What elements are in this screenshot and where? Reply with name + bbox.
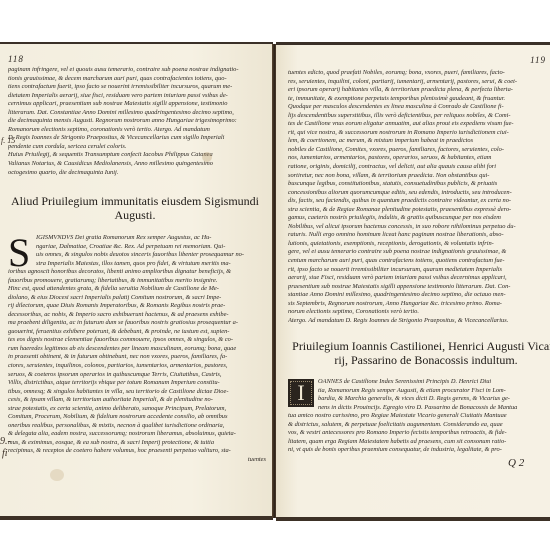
text-line: pendente cum cordula, sericea cerulei co… xyxy=(8,143,266,152)
margin-note: f. 15 xyxy=(1,136,15,145)
right-page: 119 tuentes edicto, quod praefati Nobile… xyxy=(276,42,550,521)
text-line: ni, vt quis de bonis operibus praemium c… xyxy=(288,446,550,455)
text-line: & delegata alia, eadem nostra, successor… xyxy=(8,430,266,439)
text-line: Romanorum electionis septimo, coronation… xyxy=(8,126,266,135)
text-line: raturis. Nulli ergo omnino hominum licea… xyxy=(288,231,550,240)
text-line: Valianus Notarius, & Causidicus Mediolan… xyxy=(8,160,266,169)
text-line: decessoribus, ac nobis, & Imperio sacro … xyxy=(8,311,266,320)
text-line: tua amico nostro carissimo, pro Regiae M… xyxy=(288,412,550,421)
text-line: cernimus applicari, praesentium sub nost… xyxy=(8,100,266,109)
text-line: sis Septembris, Regnorum nostrorum, Anno… xyxy=(288,300,550,309)
signature-mark: Q 2 xyxy=(508,457,524,469)
text-line: & districtus, salutem, & perpetuae foeli… xyxy=(288,421,550,430)
text-line: seruos, & coeteros ipsorum operarios in … xyxy=(8,371,266,380)
text-line: tia, Romanorum Regis semper Augusti, & e… xyxy=(318,387,550,396)
text-line: ma praebent diligentia, ac in futurum du… xyxy=(8,319,266,328)
text-line: OANNES de Castilione Index Serenissimi P… xyxy=(318,378,550,387)
text-line: fauoribus promouere, gratiarumq; liberta… xyxy=(8,277,266,286)
text-line: eri ipsorum operarij habitantes villa, &… xyxy=(288,86,550,95)
text-line: lem, & coertionem, ac merum, & mixtum im… xyxy=(288,137,550,146)
text-line: stra Imperialis Maiestas, illos tamen, q… xyxy=(36,260,266,269)
text-line: vos, & vestri antecessores pro Romano Im… xyxy=(288,429,550,438)
text-line: aerarij, siue Fisci, residuam verò parte… xyxy=(288,274,550,283)
text-line: Nobilibus, vel alicui ipsorum hactenus c… xyxy=(288,223,550,232)
left-page: 118 paginam infringere, vel ei quouis au… xyxy=(0,42,273,520)
text-line: lutionis, quietationis, exemptionis, rec… xyxy=(288,240,550,249)
text-line: strae potestatis, ex certa scientia, ani… xyxy=(8,405,266,414)
text-line: ratione, originis, domicilij, contractus… xyxy=(288,163,550,172)
text-line: cesis, & ipsam villam, & territorium aut… xyxy=(8,396,266,405)
right-section-heading: Priuilegium Ioannis Castilionei, Henrici… xyxy=(286,339,550,367)
text-line: diolano, & eius Diocesi sacri Imperialis… xyxy=(8,294,266,303)
text-line: ioribus agnoscit honoribus decoratos, li… xyxy=(8,268,266,277)
text-line: die decimaquinta mensis Augusti. Regnoru… xyxy=(8,117,266,126)
text-line: dis, factis, seu faciendis, quibus in qu… xyxy=(288,197,550,206)
text-line: tionis grauissimae, & decem marcharum au… xyxy=(8,75,266,84)
drop-cap-i-ornamental: I xyxy=(288,379,314,407)
margin-note: 9.- xyxy=(0,436,11,447)
text-line: rij dilectorum, quae Diuis Romanis Imper… xyxy=(8,302,266,311)
text-line: norum electionis septimo, Coronationis v… xyxy=(288,308,550,317)
text-line: stra scientia, & de Regiae Romanae pleni… xyxy=(288,206,550,215)
text-line: lijs descendentibus superstitibus, illis… xyxy=(288,112,550,121)
text-line: sortiretur, nec non bona, villam, & terr… xyxy=(288,172,550,181)
left-page-number: 118 xyxy=(8,54,24,64)
text-line: ngariae, Dalmatiae, Croatiae &c. Rex. Ad… xyxy=(36,243,266,252)
text-line: centum marcharum auri puri, quas contraf… xyxy=(288,257,550,266)
text-line: rit, qui vice nostra, & successorum nost… xyxy=(288,129,550,138)
text-line: Quodque per masculos descendentes ex lin… xyxy=(288,103,550,112)
text-line: D. Regis Ioannes de Strigonio Praepositu… xyxy=(8,134,266,143)
text-line: paginam infringere, vel ei quouis ausu t… xyxy=(8,66,266,75)
text-line: guouerint, feruentius exhibere poterunt,… xyxy=(8,328,266,337)
text-line: Comitum, Procerum, Nobilium, & fidelium … xyxy=(8,413,266,422)
text-line: octogesimo quarto, die decimaquinta Iuni… xyxy=(8,169,266,178)
heading-line: Augusti. xyxy=(4,208,266,222)
text-line: litatem, quam erga Regiam Maiestatem hab… xyxy=(288,438,550,447)
text-line: recipimus, & receptos de coetero habere … xyxy=(8,447,266,456)
text-line: ctores, seruientes, inquilinos, colonos,… xyxy=(8,362,266,371)
margin-note: fi xyxy=(2,448,8,459)
left-section-heading: Aliud Priuilegium immunitatis eiusdem Si… xyxy=(4,194,266,222)
text-line: res, seruientes, inquilini, coloni, part… xyxy=(288,78,550,87)
paper-stain xyxy=(50,469,64,481)
text-line: stantiae Anno Domini millesimo, quadring… xyxy=(288,291,550,300)
text-line: litterarum. Dat. Constantiae Anno Domini… xyxy=(8,109,266,118)
text-line: te, immunitate, & exemptione perpetuis t… xyxy=(288,95,550,104)
left-page-text-dropcap: IGISMVNDVS Dei gratia Romanorum Rex semp… xyxy=(36,234,266,268)
text-line: dietatem Imperialis aerarij, siue fisci,… xyxy=(8,92,266,101)
text-line: IGISMVNDVS Dei gratia Romanorum Rex semp… xyxy=(36,234,266,243)
drop-cap-s: S xyxy=(8,234,30,272)
text-line: tibus, omnesq; & singulos habitantes in … xyxy=(8,388,266,397)
text-line: bardia, & Marchia generalis, & vices dic… xyxy=(318,395,550,404)
catchword: tuentes xyxy=(8,456,266,465)
text-line: rit, ipso facto se nouerit irremissibili… xyxy=(288,266,550,275)
paper-stain xyxy=(202,152,212,162)
right-page-text-dropcap: OANNES de Castilione Index Serenissimi P… xyxy=(318,378,550,412)
text-line: Hinc est, quod attendentes grata, & fide… xyxy=(8,285,266,294)
text-line: nens in dictis Prouincijs. Egregio viro … xyxy=(318,404,550,413)
text-line: Huius Priuilegij, & sequentis Transumptu… xyxy=(8,151,266,160)
text-line: nobiles de Castilione, Comites, vxores, … xyxy=(288,146,550,155)
heading-line: Priuilegium Ioannis Castilionei, Henrici… xyxy=(286,339,550,353)
text-line: Atergo. Ad mandatum D. Regis Ioannes de … xyxy=(288,317,550,326)
text-line: mus, & eximimus, eosque, & ea sub nostra… xyxy=(8,439,266,448)
right-page-text-body: tua amico nostro carissimo, pro Regiae M… xyxy=(288,412,550,455)
heading-line: Aliud Priuilegium immunitatis eiusdem Si… xyxy=(4,194,266,208)
text-line: gere, vel ei ausu temerario contraire su… xyxy=(288,248,550,257)
text-line: oneribus realibus, personalibus, & mixti… xyxy=(8,422,266,431)
text-line: tes de Castilione vnus eorum eligatur an… xyxy=(288,120,550,129)
text-line: rum haeredes legitimos ab eis descendent… xyxy=(8,345,266,354)
text-line: Villis, districtibus, atque territorijs … xyxy=(8,379,266,388)
left-page-text-body: ioribus agnoscit honoribus decoratos, li… xyxy=(8,268,266,465)
text-line: tuentes edicto, quod praefati Nobiles, e… xyxy=(288,69,550,78)
text-line: gamus, caeteris nostris priuilegiis, ind… xyxy=(288,214,550,223)
heading-line: rij, Passarino de Bonacossis indultum. xyxy=(286,353,550,367)
text-line: tiens contrafactum fuerit, ipso facto se… xyxy=(8,83,266,92)
text-line: praesentium sub nostrae Maiestatis sigil… xyxy=(288,283,550,292)
left-page-text-top: paginam infringere, vel ei quouis ausu t… xyxy=(8,66,266,177)
right-page-number: 119 xyxy=(530,55,546,65)
text-line: in praesenti obtinent, & in futurum obti… xyxy=(8,353,266,362)
text-line: concessionibus aliorum quorumcumque edit… xyxy=(288,189,550,198)
text-line: buscunque legibus, constitutionibus, sta… xyxy=(288,180,550,189)
open-book: 118 paginam infringere, vel ei quouis au… xyxy=(0,36,550,522)
right-page-text-top: tuentes edicto, quod praefati Nobiles, e… xyxy=(288,69,550,325)
text-line: uis omnes, & singulos nobis deuotos sinc… xyxy=(36,251,266,260)
text-line: nos, iumentarios, armentarios, pastores,… xyxy=(288,154,550,163)
text-line: tes eos dignis nostrae clementiae fauori… xyxy=(8,336,266,345)
